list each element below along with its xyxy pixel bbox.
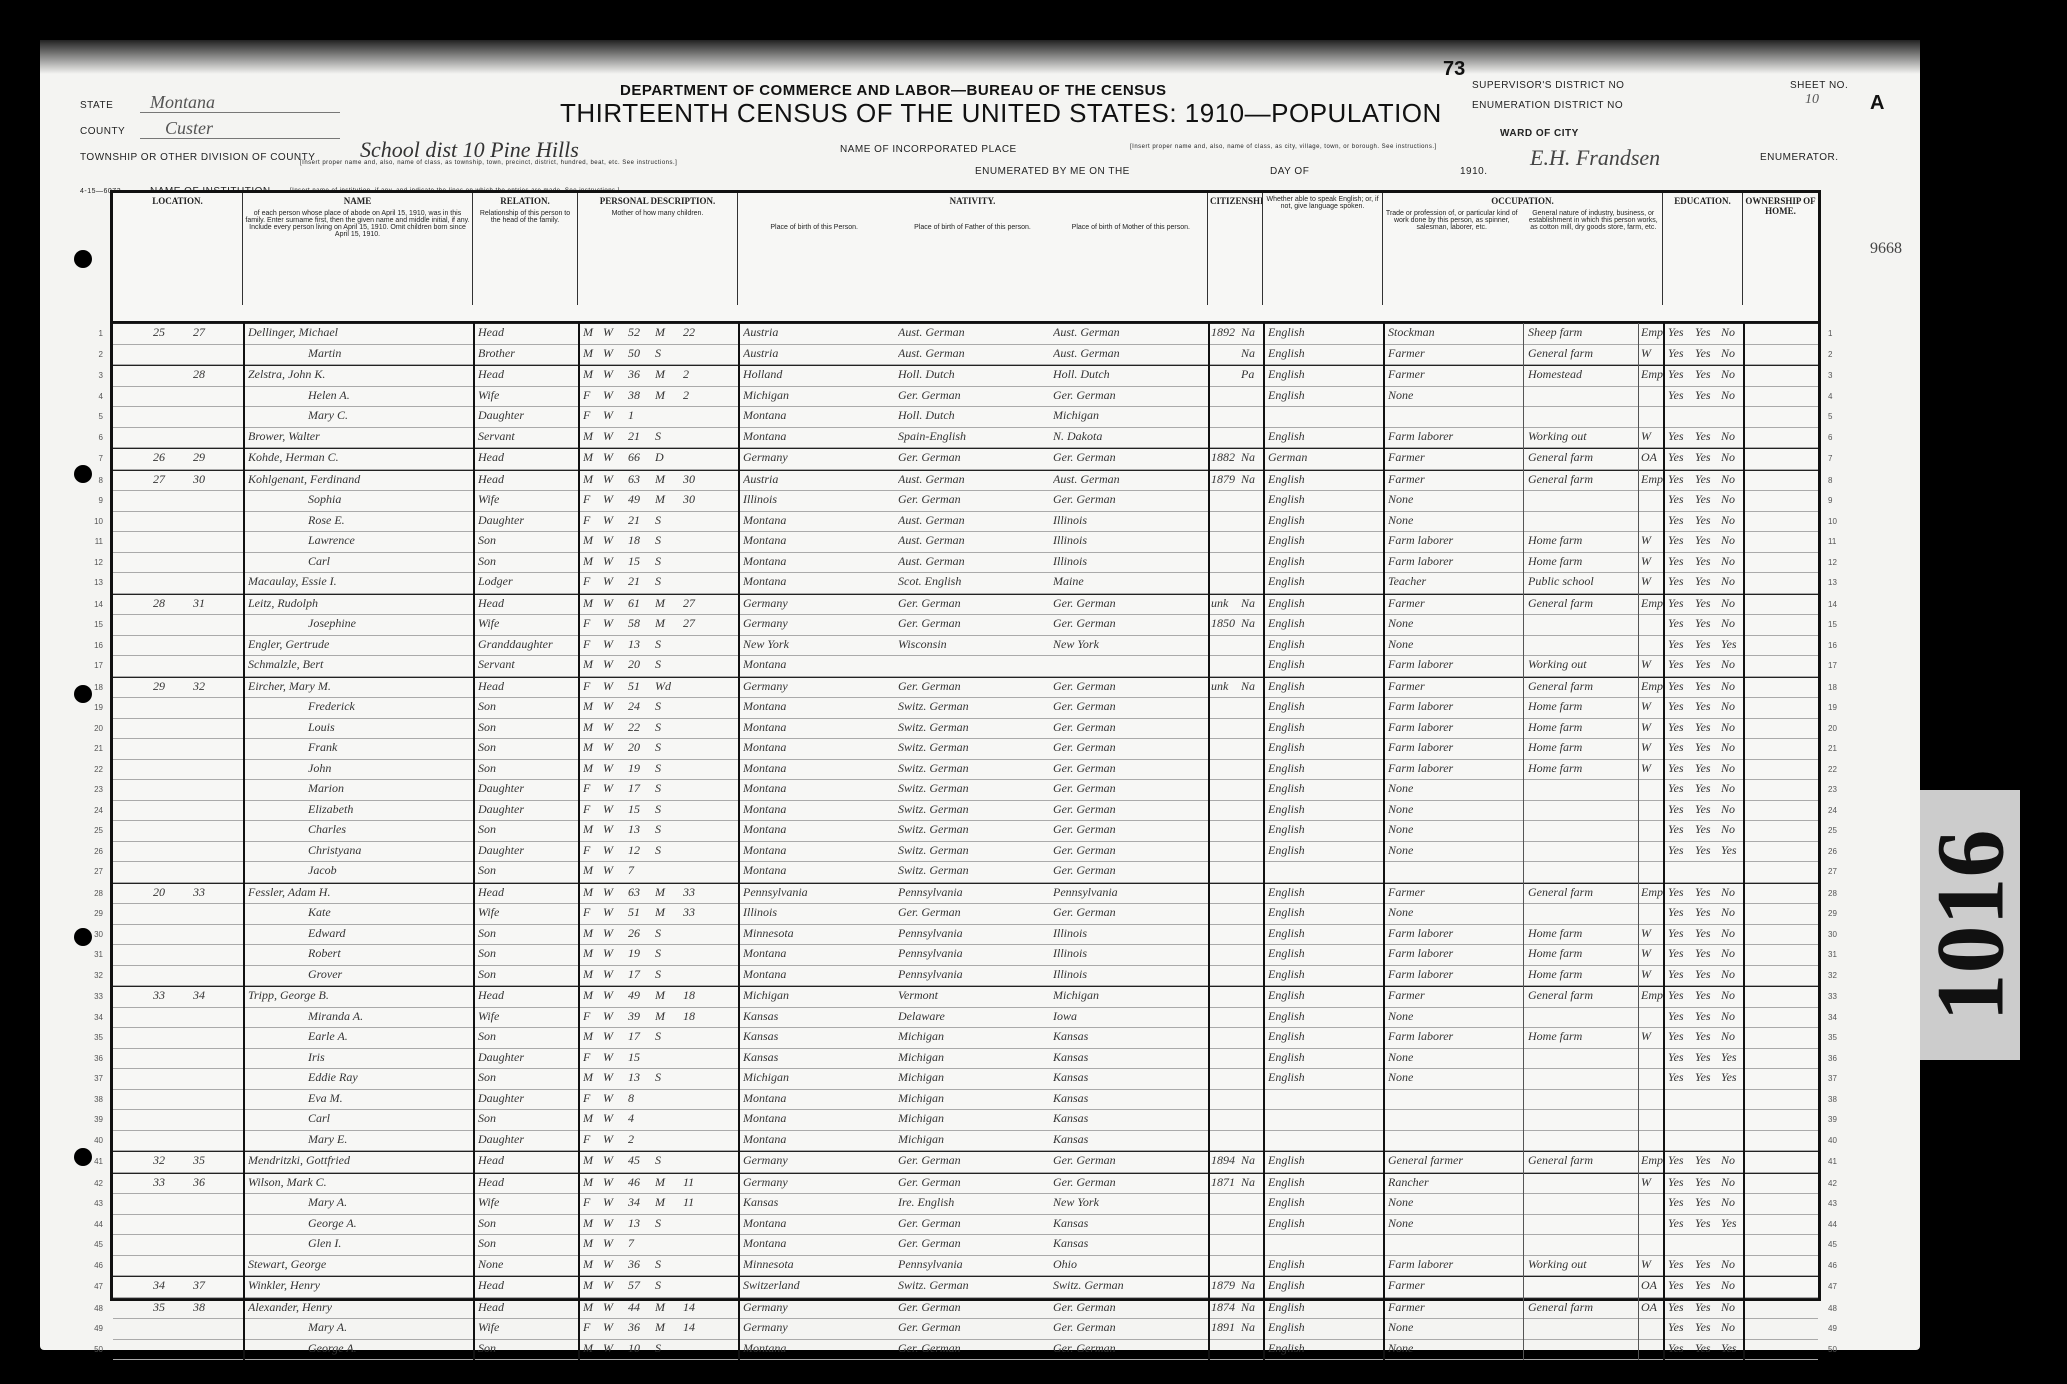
cell-read: Yes [1668,1175,1694,1190]
cell-name: Mendritzki, Gottfried [248,1153,468,1168]
cell-family: 29 [193,450,223,465]
cell-trade: Farmer [1388,885,1528,900]
cell-relation: Head [478,450,578,465]
cell-cit: Pa [1241,367,1263,382]
cell-school: Yes [1721,1341,1743,1356]
cell-born: Germany [743,679,893,694]
cell-family: 30 [193,472,223,487]
cell-marital: S [655,637,681,652]
cell-industry: Home farm [1528,967,1638,982]
cell-marital: M [655,1195,681,1210]
cell-dwelling: 28 [153,596,183,611]
cell-write: Yes [1695,802,1721,817]
line-number-right: 41 [1828,1157,1848,1166]
cell-mother: Illinois [1053,513,1203,528]
cell-mother: Kansas [1053,1070,1203,1085]
cell-class: Emp [1641,1153,1663,1168]
cell-lang: English [1268,720,1378,735]
cell-age: 13 [628,822,652,837]
cell-cit: Na [1241,1278,1263,1293]
cell-read: Yes [1668,926,1694,941]
cell-age: 13 [628,637,652,652]
line-number: 6 [83,433,103,442]
cell-school: No [1721,1278,1743,1293]
line-number: 35 [83,1033,103,1042]
cell-born: Michigan [743,988,893,1003]
cell-trade: Farm laborer [1388,657,1528,672]
cell-born: Montana [743,843,893,858]
punch-hole [74,250,92,268]
cell-trade: Teacher [1388,574,1528,589]
cell-school: Yes [1721,1070,1743,1085]
cell-father: Switz. German [898,822,1048,837]
census-table: LOCATION. NAMEof each person whose place… [110,190,1821,1301]
cell-born: Montana [743,1341,893,1356]
cell-born: Montana [743,822,893,837]
cell-name: Kohde, Herman C. [248,450,468,465]
cell-lang: English [1268,533,1378,548]
column-divider [1523,323,1524,1360]
table-row: 1212CarlSonMW15SMontanaAust. GermanIllin… [113,553,1818,574]
census-rows: 112527Dellinger, MichaelHeadMW52M22Austr… [113,321,1818,1360]
line-number-right: 36 [1828,1054,1848,1063]
cell-mother: Ger. German [1053,863,1203,878]
cell-born: Montana [743,1216,893,1231]
cell-sex: M [583,761,601,776]
line-number: 24 [83,806,103,815]
table-row: 4343Mary A.WifeFW34M11KansasIre. English… [113,1194,1818,1215]
table-row: 48483538Alexander, HenryHeadMW44M14Germa… [113,1298,1818,1320]
cell-mother: N. Dakota [1053,429,1203,444]
cell-read: Yes [1668,946,1694,961]
cell-industry: General farm [1528,679,1638,694]
cell-industry: Working out [1528,1257,1638,1272]
line-number: 2 [83,350,103,359]
cell-father: Ger. German [898,1216,1048,1231]
cell-relation: Wife [478,1009,578,1024]
cell-mother: Ger. German [1053,761,1203,776]
cell-race: W [603,367,625,382]
table-row: 3030EdwardSonMW26SMinnesotaPennsylvaniaI… [113,925,1818,946]
cell-industry: Home farm [1528,946,1638,961]
cell-school: No [1721,740,1743,755]
cell-write: Yes [1695,554,1721,569]
cell-race: W [603,1070,625,1085]
cell-school: No [1721,802,1743,817]
table-row: 3434Miranda A.WifeFW39M18KansasDelawareI… [113,1008,1818,1029]
cell-sex: F [583,905,601,920]
cell-mother: Illinois [1053,926,1203,941]
cell-years-married: 14 [683,1320,705,1335]
cell-sex: M [583,822,601,837]
table-row: 4444George A.SonMW13SMontanaGer. GermanK… [113,1215,1818,1236]
line-number-right: 14 [1828,600,1848,609]
cell-read: Yes [1668,1195,1694,1210]
cell-age: 1 [628,408,652,423]
line-number: 31 [83,950,103,959]
cell-age: 21 [628,429,652,444]
line-number: 44 [83,1220,103,1229]
cell-sex: M [583,1341,601,1356]
cell-born: Kansas [743,1009,893,1024]
cell-mother: Pennsylvania [1053,885,1203,900]
line-number-right: 2 [1828,350,1848,359]
cell-write: Yes [1695,885,1721,900]
cell-school: No [1721,657,1743,672]
line-number-right: 46 [1828,1261,1848,1270]
table-row: 47473437Winkler, HenryHeadMW57SSwitzerla… [113,1276,1818,1298]
cell-relation: Son [478,863,578,878]
cell-school: Yes [1721,843,1743,858]
line-number-right: 10 [1828,517,1848,526]
line-number: 23 [83,785,103,794]
cell-trade: Farmer [1388,679,1528,694]
cell-age: 15 [628,1050,652,1065]
cell-mother: Ger. German [1053,596,1203,611]
cell-write: Yes [1695,781,1721,796]
cell-father: Switz. German [898,802,1048,817]
cell-read: Yes [1668,740,1694,755]
location-header: LOCATION. [113,193,243,305]
cell-read: Yes [1668,657,1694,672]
column-divider [1263,323,1265,1360]
cell-school: No [1721,513,1743,528]
cell-race: W [603,450,625,465]
cell-age: 34 [628,1195,652,1210]
cell-read: Yes [1668,472,1694,487]
line-number: 50 [83,1345,103,1354]
cell-marital: S [655,740,681,755]
cell-born: Minnesota [743,1257,893,1272]
cell-relation: Head [478,325,578,340]
cell-marital: M [655,367,681,382]
line-number-right: 4 [1828,392,1848,401]
cell-lang: English [1268,1300,1378,1315]
cell-father: Switz. German [898,699,1048,714]
cell-lang: German [1268,450,1378,465]
cell-age: 46 [628,1175,652,1190]
cell-mother: Ger. German [1053,616,1203,631]
cell-born: Germany [743,616,893,631]
cell-born: Montana [743,429,893,444]
cell-born: Montana [743,740,893,755]
cell-marital: S [655,1216,681,1231]
cell-age: 36 [628,1257,652,1272]
cell-age: 44 [628,1300,652,1315]
cell-born: Austria [743,472,893,487]
cell-age: 66 [628,450,652,465]
cell-race: W [603,1195,625,1210]
line-number-right: 31 [1828,950,1848,959]
cell-write: Yes [1695,822,1721,837]
line-number-right: 48 [1828,1304,1848,1313]
cell-father: Aust. German [898,472,1048,487]
cell-read: Yes [1668,1216,1694,1231]
cell-age: 51 [628,679,652,694]
cell-trade: None [1388,388,1528,403]
cell-relation: Servant [478,657,578,672]
cell-relation: Son [478,761,578,776]
cell-born: Montana [743,967,893,982]
cell-mother: Ger. German [1053,388,1203,403]
cell-immig: 1891 [1211,1320,1241,1335]
cell-sex: M [583,1111,601,1126]
line-number: 15 [83,620,103,629]
cell-school: Yes [1721,637,1743,652]
cell-lang: English [1268,1278,1378,1293]
table-row: 55Mary C.DaughterFW1MontanaHoll. DutchMi… [113,407,1818,428]
cell-lang: English [1268,802,1378,817]
line-number: 5 [83,412,103,421]
cell-lang: English [1268,822,1378,837]
cell-born: Michigan [743,1070,893,1085]
cell-family: 31 [193,596,223,611]
cell-trade: None [1388,1341,1528,1356]
cell-marital: M [655,388,681,403]
cell-sex: F [583,1195,601,1210]
cell-relation: Son [478,740,578,755]
cell-sex: F [583,574,601,589]
cell-school: No [1721,388,1743,403]
cell-marital: S [655,554,681,569]
line-number-right: 44 [1828,1220,1848,1229]
cell-born: Montana [743,946,893,961]
incorporated-place-label: Name of incorporated place [840,144,1017,155]
cell-race: W [603,1050,625,1065]
cell-marital: S [655,720,681,735]
line-number: 34 [83,1013,103,1022]
cell-age: 39 [628,1009,652,1024]
table-row: 4646Stewart, GeorgeNoneMW36SMinnesotaPen… [113,1256,1818,1277]
cell-born: Montana [743,863,893,878]
line-number: 26 [83,847,103,856]
cell-trade: General farmer [1388,1153,1528,1168]
cell-marital: M [655,885,681,900]
cell-father: Michigan [898,1029,1048,1044]
cell-trade: Farm laborer [1388,1257,1528,1272]
cell-age: 13 [628,1216,652,1231]
cell-marital: S [655,843,681,858]
cell-lang: English [1268,988,1378,1003]
cell-write: Yes [1695,1195,1721,1210]
cell-born: Holland [743,367,893,382]
line-number-right: 37 [1828,1074,1848,1083]
cell-marital: S [655,946,681,961]
table-row: 99SophiaWifeFW49M30IllinoisGer. GermanGe… [113,491,1818,512]
cell-sex: F [583,1320,601,1335]
cell-mother: Switz. German [1053,1278,1203,1293]
cell-sex: F [583,492,601,507]
cell-read: Yes [1668,885,1694,900]
cell-mother: Kansas [1053,1132,1203,1147]
cell-race: W [603,1029,625,1044]
cell-sex: M [583,346,601,361]
cell-marital: S [655,822,681,837]
cell-relation: Son [478,554,578,569]
cell-sex: M [583,367,601,382]
cell-sex: F [583,1009,601,1024]
cell-school: No [1721,450,1743,465]
cell-born: Austria [743,346,893,361]
department-heading: DEPARTMENT OF COMMERCE AND LABOR—BUREAU … [620,82,1167,99]
cell-lang: English [1268,492,1378,507]
table-row: 2424ElizabethDaughterFW15SMontanaSwitz. … [113,801,1818,822]
cell-class: W [1641,967,1663,982]
cell-school: No [1721,472,1743,487]
cell-school: No [1721,946,1743,961]
cell-trade: Farm laborer [1388,720,1528,735]
cell-mother: Kansas [1053,1216,1203,1231]
citizenship-header: CITIZENSHIP. [1208,193,1263,305]
cell-write: Yes [1695,388,1721,403]
line-number-right: 29 [1828,909,1848,918]
cell-school: No [1721,346,1743,361]
cell-age: 7 [628,1236,652,1251]
cell-marital: S [655,1070,681,1085]
cell-race: W [603,822,625,837]
line-number-right: 28 [1828,889,1848,898]
cell-mother: Kansas [1053,1236,1203,1251]
cell-trade: Farmer [1388,1300,1528,1315]
cell-mother: Ger. German [1053,822,1203,837]
cell-write: Yes [1695,1300,1721,1315]
cell-born: Kansas [743,1050,893,1065]
cell-marital: M [655,905,681,920]
cell-industry: General farm [1528,1153,1638,1168]
cell-read: Yes [1668,1300,1694,1315]
cell-write: Yes [1695,988,1721,1003]
cell-write: Yes [1695,720,1721,735]
table-row: 3232GroverSonMW17SMontanaPennsylvaniaIll… [113,966,1818,987]
cell-lang: English [1268,1195,1378,1210]
cell-school: No [1721,679,1743,694]
cell-family: 34 [193,988,223,1003]
cell-lang: English [1268,1175,1378,1190]
cell-name: Engler, Gertrude [248,637,468,652]
cell-mother: Illinois [1053,946,1203,961]
cell-class: W [1641,1175,1663,1190]
table-row: 2222JohnSonMW19SMontanaSwitz. GermanGer.… [113,760,1818,781]
enumerator-label: Enumerator. [1760,152,1838,163]
cell-father: Aust. German [898,346,1048,361]
cell-write: Yes [1695,1341,1721,1356]
line-number-right: 32 [1828,971,1848,980]
line-number: 39 [83,1115,103,1124]
cell-relation: Wife [478,616,578,631]
cell-trade: None [1388,1009,1528,1024]
line-number: 41 [83,1157,103,1166]
cell-father: Pennsylvania [898,1257,1048,1272]
cell-age: 10 [628,1341,652,1356]
cell-race: W [603,802,625,817]
cell-immig: 1882 [1211,450,1241,465]
personal-description-header: PERSONAL DESCRIPTION.Mother of how many … [578,193,738,305]
table-row: 3131RobertSonMW19SMontanaPennsylvaniaIll… [113,945,1818,966]
cell-relation: Wife [478,1320,578,1335]
cell-trade: None [1388,616,1528,631]
line-number: 12 [83,558,103,567]
sheet-letter: A [1870,92,1884,115]
line-number: 11 [83,537,103,546]
table-row: 3737Eddie RaySonMW13SMichiganMichiganKan… [113,1069,1818,1090]
cell-age: 63 [628,885,652,900]
line-number-right: 18 [1828,683,1848,692]
cell-class: Emp [1641,472,1663,487]
cell-lang: English [1268,574,1378,589]
line-number-right: 21 [1828,744,1848,753]
cell-lang: English [1268,472,1378,487]
cell-born: Montana [743,1091,893,1106]
cell-race: W [603,926,625,941]
cell-read: Yes [1668,988,1694,1003]
table-row: 3939CarlSonMW4MontanaMichiganKansas [113,1110,1818,1131]
cell-age: 18 [628,533,652,548]
cell-read: Yes [1668,802,1694,817]
column-divider [1743,323,1745,1360]
cell-relation: Son [478,1029,578,1044]
line-number-right: 19 [1828,703,1848,712]
cell-father: Michigan [898,1070,1048,1085]
cell-name: Eircher, Mary M. [248,679,468,694]
cell-born: Montana [743,781,893,796]
cell-race: W [603,1091,625,1106]
cell-father: Switz. German [898,1278,1048,1293]
cell-born: Minnesota [743,926,893,941]
cell-sex: F [583,1132,601,1147]
state-underline [140,112,340,113]
line-number: 14 [83,600,103,609]
cell-industry: Home farm [1528,740,1638,755]
cell-sex: M [583,863,601,878]
cell-lang: English [1268,1009,1378,1024]
cell-lang: English [1268,637,1378,652]
cell-race: W [603,492,625,507]
cell-sex: F [583,781,601,796]
cell-class: W [1641,1257,1663,1272]
cell-sex: M [583,1070,601,1085]
cell-mother: Illinois [1053,967,1203,982]
cell-read: Yes [1668,513,1694,528]
cell-write: Yes [1695,472,1721,487]
cell-marital: S [655,967,681,982]
cell-dwelling: 25 [153,325,183,340]
cell-years-married: 30 [683,492,705,507]
cell-sex: M [583,429,601,444]
cell-trade: Farm laborer [1388,967,1528,982]
cell-cit: Na [1241,472,1263,487]
cell-marital: M [655,1320,681,1335]
cell-read: Yes [1668,1153,1694,1168]
cell-immig: 1850 [1211,616,1241,631]
cell-mother: Ger. German [1053,781,1203,796]
cell-trade: Farm laborer [1388,1029,1528,1044]
cell-marital: S [655,1029,681,1044]
line-number-right: 45 [1828,1240,1848,1249]
cell-trade: None [1388,822,1528,837]
cell-father: Pennsylvania [898,885,1048,900]
cell-race: W [603,408,625,423]
cell-name: Macaulay, Essie I. [248,574,468,589]
cell-sex: M [583,325,601,340]
cell-family: 32 [193,679,223,694]
cell-race: W [603,781,625,796]
cell-class: W [1641,761,1663,776]
cell-sex: M [583,1257,601,1272]
cell-race: W [603,574,625,589]
cell-industry: Home farm [1528,761,1638,776]
cell-read: Yes [1668,616,1694,631]
cell-father: Scot. English [898,574,1048,589]
